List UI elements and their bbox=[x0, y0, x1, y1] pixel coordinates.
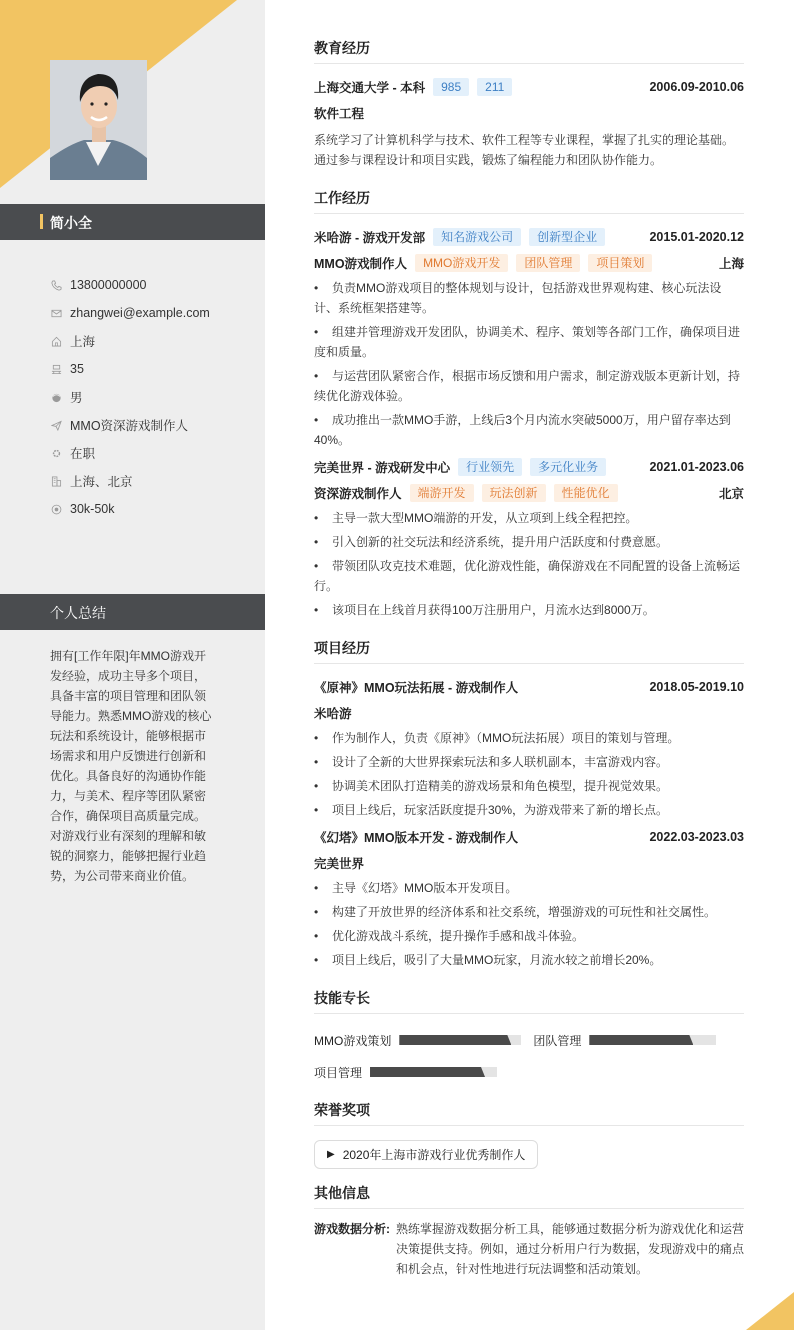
list-item: 优化游戏战斗系统，提升操作手感和战斗体验。 bbox=[314, 926, 744, 946]
gender-icon bbox=[50, 391, 62, 403]
decorative-corner-triangle bbox=[746, 1292, 794, 1330]
list-item: 与运营团队紧密合作，根据市场反馈和用户需求，制定游戏版本更新计划，持续优化游戏体… bbox=[314, 366, 744, 406]
skill-bar bbox=[589, 1035, 716, 1045]
list-item: 构建了开放世界的经济体系和社交系统，增强游戏的可玩性和社交属性。 bbox=[314, 902, 744, 922]
info-salary: 30k-50k bbox=[50, 495, 210, 523]
company-tag: 行业领先 bbox=[458, 458, 522, 476]
other-key: 游戏数据分析: bbox=[314, 1219, 390, 1279]
skill-bar-fill bbox=[399, 1035, 511, 1045]
list-item: 项目上线后，玩家活跃度提升30%，为游戏带来了新的增长点。 bbox=[314, 800, 744, 820]
award-item[interactable]: ▶ 2020年上海市游戏行业优秀制作人 bbox=[314, 1140, 538, 1169]
info-status: 在职 bbox=[50, 439, 210, 467]
info-location: 上海 bbox=[50, 327, 210, 355]
skill-bar bbox=[370, 1067, 497, 1077]
section-title-work: 工作经历 bbox=[314, 188, 744, 214]
project-entry: 《幻塔》MMO版本开发 - 游戏制作人 2022.03-2023.03 完美世界… bbox=[314, 824, 744, 970]
section-title-other: 其他信息 bbox=[314, 1183, 744, 1209]
project-company: 米哈游 bbox=[314, 704, 352, 722]
skill-bar-fill bbox=[370, 1067, 485, 1077]
school-tag: 211 bbox=[477, 78, 512, 96]
role-tag: 性能优化 bbox=[554, 484, 618, 502]
list-item: 协调美术团队打造精美的游戏场景和角色模型，提升视觉效果。 bbox=[314, 776, 744, 796]
company-tag: 多元化业务 bbox=[530, 458, 606, 476]
section-title-education: 教育经历 bbox=[314, 38, 744, 64]
skill-item: 项目管理 bbox=[314, 1056, 497, 1088]
role-tag: 玩法创新 bbox=[482, 484, 546, 502]
section-title-projects: 项目经历 bbox=[314, 638, 744, 664]
info-age: 35 bbox=[50, 355, 210, 383]
project-name: 《原神》MMO玩法拓展 - 游戏制作人 bbox=[314, 678, 518, 696]
role-tag: MMO游戏开发 bbox=[415, 254, 508, 272]
mail-icon bbox=[50, 307, 62, 319]
company-tag: 知名游戏公司 bbox=[433, 228, 521, 246]
school-name: 上海交通大学 - 本科 bbox=[314, 78, 425, 96]
role-tag: 团队管理 bbox=[516, 254, 580, 272]
project-company: 完美世界 bbox=[314, 854, 364, 872]
project-entry: 《原神》MMO玩法拓展 - 游戏制作人 2018.05-2019.10 米哈游 … bbox=[314, 674, 744, 820]
project-date: 2018.05-2019.10 bbox=[649, 680, 744, 694]
list-item: 负责MMO游戏项目的整体规划与设计，包括游戏世界观构建、核心玩法设计、系统框架搭… bbox=[314, 278, 744, 318]
skill-label: 团队管理 bbox=[533, 1032, 581, 1049]
company-tag: 创新型企业 bbox=[529, 228, 605, 246]
job-city: 上海 bbox=[719, 254, 744, 272]
send-icon bbox=[50, 419, 62, 431]
project-name: 《幻塔》MMO版本开发 - 游戏制作人 bbox=[314, 828, 518, 846]
list-item: 带领团队攻克技术难题，优化游戏性能，确保游戏在不同配置的设备上流畅运行。 bbox=[314, 556, 744, 596]
education-row: 上海交通大学 - 本科 985 211 2006.09-2010.06 bbox=[314, 74, 744, 100]
list-item: 成功推出一款MMO手游，上线后3个月内流水突破5000万，用户留存率达到40%。 bbox=[314, 410, 744, 450]
phone-icon bbox=[50, 279, 62, 291]
home-icon bbox=[50, 335, 62, 347]
job-role: MMO游戏制作人 bbox=[314, 254, 407, 272]
job-entry: 完美世界 - 游戏研发中心 行业领先 多元化业务 2021.01-2023.06… bbox=[314, 454, 744, 620]
list-item: 引入创新的社交玩法和经济系统，提升用户活跃度和付费意愿。 bbox=[314, 532, 744, 552]
avatar bbox=[50, 60, 147, 180]
job-role: 资深游戏制作人 bbox=[314, 484, 402, 502]
education-desc: 系统学习了计算机科学与技术、软件工程等专业课程，掌握了扎实的理论基础。通过参与课… bbox=[314, 130, 744, 170]
candidate-name: 简小全 bbox=[50, 213, 92, 233]
sidebar: 简小全 13800000000 zhangwei@example.com 上海 … bbox=[0, 0, 265, 1330]
work-section: 工作经历 米哈游 - 游戏开发部 知名游戏公司 创新型企业 2015.01-20… bbox=[314, 188, 744, 620]
section-title-awards: 荣誉奖项 bbox=[314, 1100, 744, 1126]
summary-text: 拥有[工作年限]年MMO游戏开发经验，成功主导多个项目，具备丰富的项目管理和团队… bbox=[50, 646, 215, 886]
list-item: 作为制作人，负责《原神》（MMO玩法拓展）项目的策划与管理。 bbox=[314, 728, 744, 748]
contact-info-list: 13800000000 zhangwei@example.com 上海 35 男… bbox=[50, 271, 210, 523]
projects-section: 项目经历 《原神》MMO玩法拓展 - 游戏制作人 2018.05-2019.10… bbox=[314, 638, 744, 970]
status-icon bbox=[50, 447, 62, 459]
skill-bar bbox=[399, 1035, 521, 1045]
other-item: 游戏数据分析: 熟练掌握游戏数据分析工具，能够通过数据分析为游戏优化和运营决策提… bbox=[314, 1219, 744, 1279]
skill-item: 团队管理 bbox=[533, 1024, 716, 1056]
main-content: 教育经历 上海交通大学 - 本科 985 211 2006.09-2010.06… bbox=[314, 38, 744, 1279]
list-item: 项目上线后，吸引了大量MMO玩家，月流水较之前增长20%。 bbox=[314, 950, 744, 970]
portrait-image bbox=[50, 60, 147, 180]
other-value: 熟练掌握游戏数据分析工具，能够通过数据分析为游戏优化和运营决策提供支持。例如，通… bbox=[396, 1219, 744, 1279]
skill-item: MMO游戏策划 bbox=[314, 1024, 521, 1056]
info-email: zhangwei@example.com bbox=[50, 299, 210, 327]
list-item: 主导一款大型MMO端游的开发，从立项到上线全程把控。 bbox=[314, 508, 744, 528]
project-date: 2022.03-2023.03 bbox=[649, 830, 744, 844]
skill-bar-fill bbox=[589, 1035, 693, 1045]
project-bullets: 主导《幻塔》MMO版本开发项目。 构建了开放世界的经济体系和社交系统，增强游戏的… bbox=[314, 878, 744, 970]
education-date: 2006.09-2010.06 bbox=[649, 80, 744, 94]
school-tag: 985 bbox=[433, 78, 469, 96]
name-header: 简小全 bbox=[0, 204, 265, 240]
list-item: 设计了全新的大世界探索玩法和多人联机副本，丰富游戏内容。 bbox=[314, 752, 744, 772]
skill-label: MMO游戏策划 bbox=[314, 1032, 391, 1049]
skills-section: 技能专长 MMO游戏策划 团队管理 项目管理 bbox=[314, 988, 744, 1088]
project-bullets: 作为制作人，负责《原神》（MMO玩法拓展）项目的策划与管理。 设计了全新的大世界… bbox=[314, 728, 744, 820]
job-entry: 米哈游 - 游戏开发部 知名游戏公司 创新型企业 2015.01-2020.12… bbox=[314, 224, 744, 450]
building-icon bbox=[50, 475, 62, 487]
major: 软件工程 bbox=[314, 104, 364, 122]
name-accent-bar bbox=[40, 214, 43, 229]
section-title-skills: 技能专长 bbox=[314, 988, 744, 1014]
role-tag: 项目策划 bbox=[588, 254, 652, 272]
awards-section: 荣誉奖项 ▶ 2020年上海市游戏行业优秀制作人 bbox=[314, 1100, 744, 1169]
list-item: 该项目在上线首月获得100万注册用户，月流水达到8000万。 bbox=[314, 600, 744, 620]
summary-header: 个人总结 bbox=[0, 594, 265, 630]
skill-label: 项目管理 bbox=[314, 1064, 362, 1081]
company-name: 完美世界 - 游戏研发中心 bbox=[314, 458, 450, 476]
job-bullets: 负责MMO游戏项目的整体规划与设计，包括游戏世界观构建、核心玩法设计、系统框架搭… bbox=[314, 278, 744, 450]
job-date: 2021.01-2023.06 bbox=[649, 460, 744, 474]
job-city: 北京 bbox=[719, 484, 744, 502]
other-section: 其他信息 游戏数据分析: 熟练掌握游戏数据分析工具，能够通过数据分析为游戏优化和… bbox=[314, 1183, 744, 1279]
list-item: 主导《幻塔》MMO版本开发项目。 bbox=[314, 878, 744, 898]
info-cities: 上海、北京 bbox=[50, 467, 210, 495]
role-tag: 端游开发 bbox=[410, 484, 474, 502]
info-title: MMO资深游戏制作人 bbox=[50, 411, 210, 439]
info-phone: 13800000000 bbox=[50, 271, 210, 299]
summary-title: 个人总结 bbox=[50, 603, 106, 623]
list-item: 组建并管理游戏开发团队，协调美术、程序、策划等各部门工作，确保项目进度和质量。 bbox=[314, 322, 744, 362]
age-icon bbox=[50, 363, 62, 375]
caret-right-icon: ▶ bbox=[327, 1149, 335, 1160]
award-label: 2020年上海市游戏行业优秀制作人 bbox=[343, 1146, 526, 1163]
salary-icon bbox=[50, 503, 62, 515]
job-bullets: 主导一款大型MMO端游的开发，从立项到上线全程把控。 引入创新的社交玩法和经济系… bbox=[314, 508, 744, 620]
info-gender: 男 bbox=[50, 383, 210, 411]
education-section: 教育经历 上海交通大学 - 本科 985 211 2006.09-2010.06… bbox=[314, 38, 744, 170]
company-name: 米哈游 - 游戏开发部 bbox=[314, 228, 425, 246]
job-date: 2015.01-2020.12 bbox=[649, 230, 744, 244]
skills-list: MMO游戏策划 团队管理 项目管理 bbox=[314, 1024, 744, 1088]
